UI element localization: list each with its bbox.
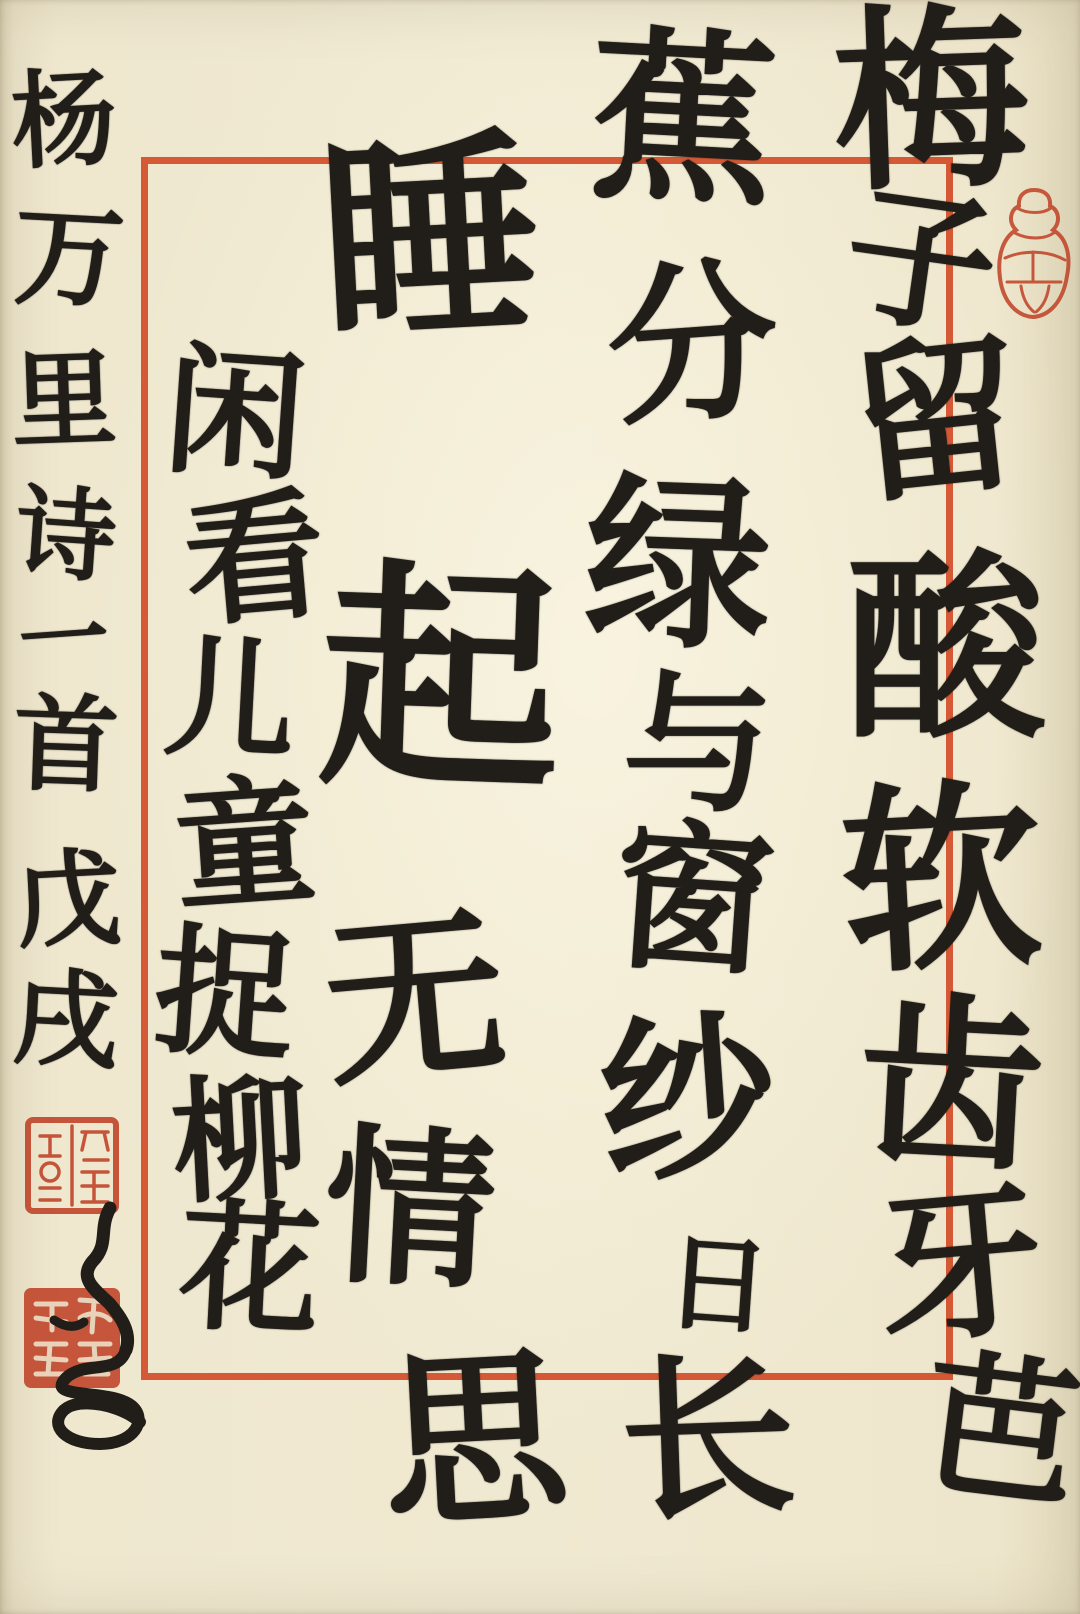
- calligraphy-glyph: 杨: [9, 65, 119, 175]
- calligraphy-glyph: 留: [843, 327, 1030, 514]
- calligraphy-glyph: 万: [11, 200, 127, 316]
- calligraphy-glyph: 童: [170, 770, 319, 919]
- calligraphy-glyph: 酸: [846, 550, 1046, 750]
- calligraphy-glyph: 纱: [595, 1007, 782, 1194]
- calligraphy-glyph: 情: [321, 1121, 500, 1300]
- calligraphy-glyph: 牙: [872, 1176, 1051, 1355]
- calligraphy-glyph: 首: [12, 691, 121, 800]
- calligraphy-glyph: 诗: [13, 482, 120, 589]
- calligraphy-glyph: 一: [16, 592, 112, 688]
- calligraphy-glyph: 睡: [314, 124, 545, 355]
- calligraphy-glyph: 无: [317, 902, 512, 1097]
- calligraphy-glyph: 思: [378, 1343, 572, 1537]
- calligraphy-glyph: 儿: [162, 632, 299, 769]
- calligraphy-glyph: 长: [617, 1349, 798, 1530]
- calligraphy-glyph: 戊: [13, 845, 123, 955]
- calligraphy-glyph: 芭: [915, 1344, 1080, 1517]
- calligraphy-glyph: 绿: [582, 469, 773, 660]
- calligraphy-glyph: 起: [316, 556, 564, 804]
- calligraphy-glyph: 蕉: [586, 23, 780, 217]
- calligraphy-glyph: 捉: [150, 920, 299, 1069]
- calligraphy-glyph: 窗: [608, 815, 779, 986]
- calligraphy-glyph: 软: [836, 775, 1046, 985]
- calligraphy-paper: 梅子留酸软齿牙芭蕉分绿与窗纱日长睡起无情思闲看儿童捉柳花杨万里诗一首戊戌: [0, 0, 1080, 1614]
- calligraphy-glyph: 里: [10, 346, 119, 455]
- calligraphy-glyph: 齿: [854, 988, 1048, 1182]
- calligraphy-glyph: 闲: [160, 340, 309, 489]
- calligraphy-glyph: 看: [179, 484, 331, 636]
- calligraphy-glyph: 戌: [11, 965, 121, 1075]
- calligraphy-glyph: 日: [662, 1229, 774, 1341]
- calligraphy-glyph: 与: [623, 670, 773, 820]
- calligraphy-glyph: 分: [602, 254, 783, 435]
- calligraphy-glyph: 花: [176, 1196, 323, 1343]
- artist-signature: [14, 1200, 164, 1470]
